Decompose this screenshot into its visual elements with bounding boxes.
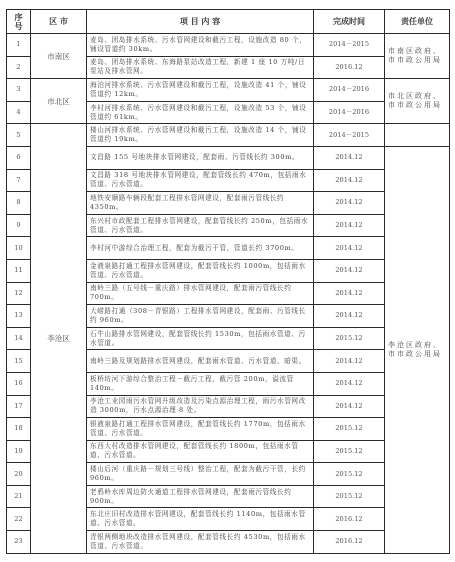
header-district: 区 市 bbox=[31, 10, 87, 34]
row-seq: 4 bbox=[7, 101, 31, 124]
header-seq: 序号 bbox=[7, 10, 31, 34]
project-table: 序号 区 市 项 目 内 容 完成时间 责任单位 1市南区麦岛、团岛排水系统、污… bbox=[6, 9, 450, 554]
row-content: 大崂路打通（308－青银路）工程排水管网建设，配套雨、污管线长约 960m。 bbox=[87, 305, 314, 328]
row-date: 2014.12 bbox=[314, 169, 385, 192]
row-seq: 12 bbox=[7, 282, 31, 305]
row-seq: 21 bbox=[7, 485, 31, 508]
row-seq: 19 bbox=[7, 440, 31, 463]
row-seq: 16 bbox=[7, 372, 31, 395]
header-date: 完成时间 bbox=[314, 10, 385, 34]
row-seq: 6 bbox=[7, 146, 31, 169]
row-seq: 7 bbox=[7, 169, 31, 192]
row-date: 2016.12 bbox=[314, 508, 385, 531]
row-content: 青银两侧地块改造排水管网建设，配套管线长约 4530m，包括雨水管道、污水管道。 bbox=[87, 531, 314, 554]
row-seq: 1 bbox=[7, 34, 31, 57]
row-district: 市北区 bbox=[31, 79, 87, 124]
row-content: 金液泉路打通工程排水管网建设，配套管线长约 1000m，包括雨水管道、污水管道。 bbox=[87, 259, 314, 282]
row-seq: 17 bbox=[7, 395, 31, 418]
row-content: 麦岛、团岛排水系统、东海路泵站改造工程，新建 1 座 10 万吨/日泵站及排水管… bbox=[87, 56, 314, 79]
row-content: 李沧工业园雨污水管网升级改造及污染点源治理工程，雨污水管网改造 3000m，污水… bbox=[87, 395, 314, 418]
row-content: 南岭三路及规划路排水管网建设，配套雨水管道、污水管道、暗渠。 bbox=[87, 350, 314, 373]
row-seq: 3 bbox=[7, 79, 31, 102]
row-date: 2016.12 bbox=[314, 56, 385, 79]
row-date: 2016.12 bbox=[314, 531, 385, 554]
row-date: 2015.12 bbox=[314, 440, 385, 463]
row-date: 2014－2016 bbox=[314, 101, 385, 124]
row-content: 文昌路 155 号地块排水管网建设，配套雨、污管线长约 300m。 bbox=[87, 146, 314, 169]
row-seq: 13 bbox=[7, 305, 31, 328]
row-date: 2014.12 bbox=[314, 237, 385, 260]
row-seq: 18 bbox=[7, 418, 31, 441]
row-responsible-unit-blank bbox=[385, 124, 450, 147]
row-date: 2014－2015 bbox=[314, 124, 385, 147]
row-content: 地铁安顺路车辆段配套工程排水管网建设，配套雨污管线长约 4350m。 bbox=[87, 192, 314, 215]
table-row: 5李沧区楼山河排水系统、污水管网建设和截污工程，设施改造 14 个，铺设管道约 … bbox=[7, 124, 450, 147]
row-date: 2015.12 bbox=[314, 485, 385, 508]
row-seq: 8 bbox=[7, 192, 31, 215]
row-seq: 9 bbox=[7, 214, 31, 237]
row-date: 2014.12 bbox=[314, 192, 385, 215]
row-responsible-unit: 市北区政府、市市政公用局 bbox=[385, 79, 450, 124]
table-row: 3市北区海泊河排水系统、污水管网建设和截污工程，设施改造 41 个，铺设管道约 … bbox=[7, 79, 450, 102]
row-responsible-unit: 李沧区政府、市市政公用局 bbox=[385, 146, 450, 553]
row-date: 2014.12 bbox=[314, 305, 385, 328]
row-seq: 15 bbox=[7, 350, 31, 373]
row-seq: 23 bbox=[7, 531, 31, 554]
row-date: 2014－2016 bbox=[314, 79, 385, 102]
row-content: 文昌路 318 号地块排水管网建设，配套管线长约 470m，包括雨水管道、污水管… bbox=[87, 169, 314, 192]
row-content: 银液泉路打通工程排水管网建设，配套管线长约 1770m，包括雨水管道、污水管道。 bbox=[87, 418, 314, 441]
row-responsible-unit: 市南区政府、市市政公用局 bbox=[385, 34, 450, 79]
row-content: 麦岛、团岛排水系统、污水管网建设和截污工程，设施改造 80 个，铺设管道约 30… bbox=[87, 34, 314, 57]
row-content: 东北庄旧村改造排水管网建设，配套管线长约 1140m，包括雨水管道、污水管道。 bbox=[87, 508, 314, 531]
row-date: 2014－2015 bbox=[314, 34, 385, 57]
row-date: 2015.12 bbox=[314, 327, 385, 350]
row-content: 东兴村市政配套工程排水管网建设，配套管线长约 250m，包括雨水管道、污水管道。 bbox=[87, 214, 314, 237]
row-district: 市南区 bbox=[31, 34, 87, 79]
row-date: 2014.12 bbox=[314, 214, 385, 237]
header-unit: 责任单位 bbox=[385, 10, 450, 34]
row-seq: 22 bbox=[7, 508, 31, 531]
row-content: 海泊河排水系统、污水管网建设和截污工程，设施改造 41 个，铺设管道约 12km… bbox=[87, 79, 314, 102]
row-date: 2014.12 bbox=[314, 350, 385, 373]
row-seq: 5 bbox=[7, 124, 31, 147]
row-date: 2014.12 bbox=[314, 282, 385, 305]
row-content: 东西大村改造排水管网建设，配套管线长约 1800m，包括雨水管道、污水管道。 bbox=[87, 440, 314, 463]
row-seq: 2 bbox=[7, 56, 31, 79]
row-date: 2014.12 bbox=[314, 146, 385, 169]
row-date: 2015.12 bbox=[314, 418, 385, 441]
row-content: 李村河中游综合治理工程，配套为截污干管，管道长约 3700m。 bbox=[87, 237, 314, 260]
row-date: 2014.12 bbox=[314, 259, 385, 282]
row-seq: 14 bbox=[7, 327, 31, 350]
row-date: 2014.12 bbox=[314, 372, 385, 395]
row-date: 2015.12 bbox=[314, 463, 385, 486]
row-district: 李沧区 bbox=[31, 124, 87, 553]
table-row: 1市南区麦岛、团岛排水系统、污水管网建设和截污工程，设施改造 80 个，铺设管道… bbox=[7, 34, 450, 57]
row-content: 南岭三路（五号线－重庆路）排水管网建设，配套雨污管线长约 700m。 bbox=[87, 282, 314, 305]
row-content: 板桥坊河下游综合整治工程－截污工程，截污管 200m，溢流管 140m。 bbox=[87, 372, 314, 395]
row-content: 李村河排水系统、污水管网建设和截污工程，设施改造 53 个，铺设管道约 61km… bbox=[87, 101, 314, 124]
row-date: 2014.12 bbox=[314, 395, 385, 418]
row-seq: 10 bbox=[7, 237, 31, 260]
header-row: 序号 区 市 项 目 内 容 完成时间 责任单位 bbox=[7, 10, 450, 34]
row-content: 楼山后河（重庆路－规划三号线）整治工程，配套为截污干管，长约 960m。 bbox=[87, 463, 314, 486]
row-seq: 20 bbox=[7, 463, 31, 486]
header-content: 项 目 内 容 bbox=[87, 10, 314, 34]
row-seq: 11 bbox=[7, 259, 31, 282]
row-content: 楼山河排水系统、污水管网建设和截污工程，设施改造 14 个，铺设管道约 19km… bbox=[87, 124, 314, 147]
row-content: 老鸦岭水库周边防火通道工程排水管网建设，配套雨污管线长约 900m。 bbox=[87, 485, 314, 508]
row-content: 石牛山路排水管网建设，配套管线长约 1530m，包括雨水管道、污水管道。 bbox=[87, 327, 314, 350]
